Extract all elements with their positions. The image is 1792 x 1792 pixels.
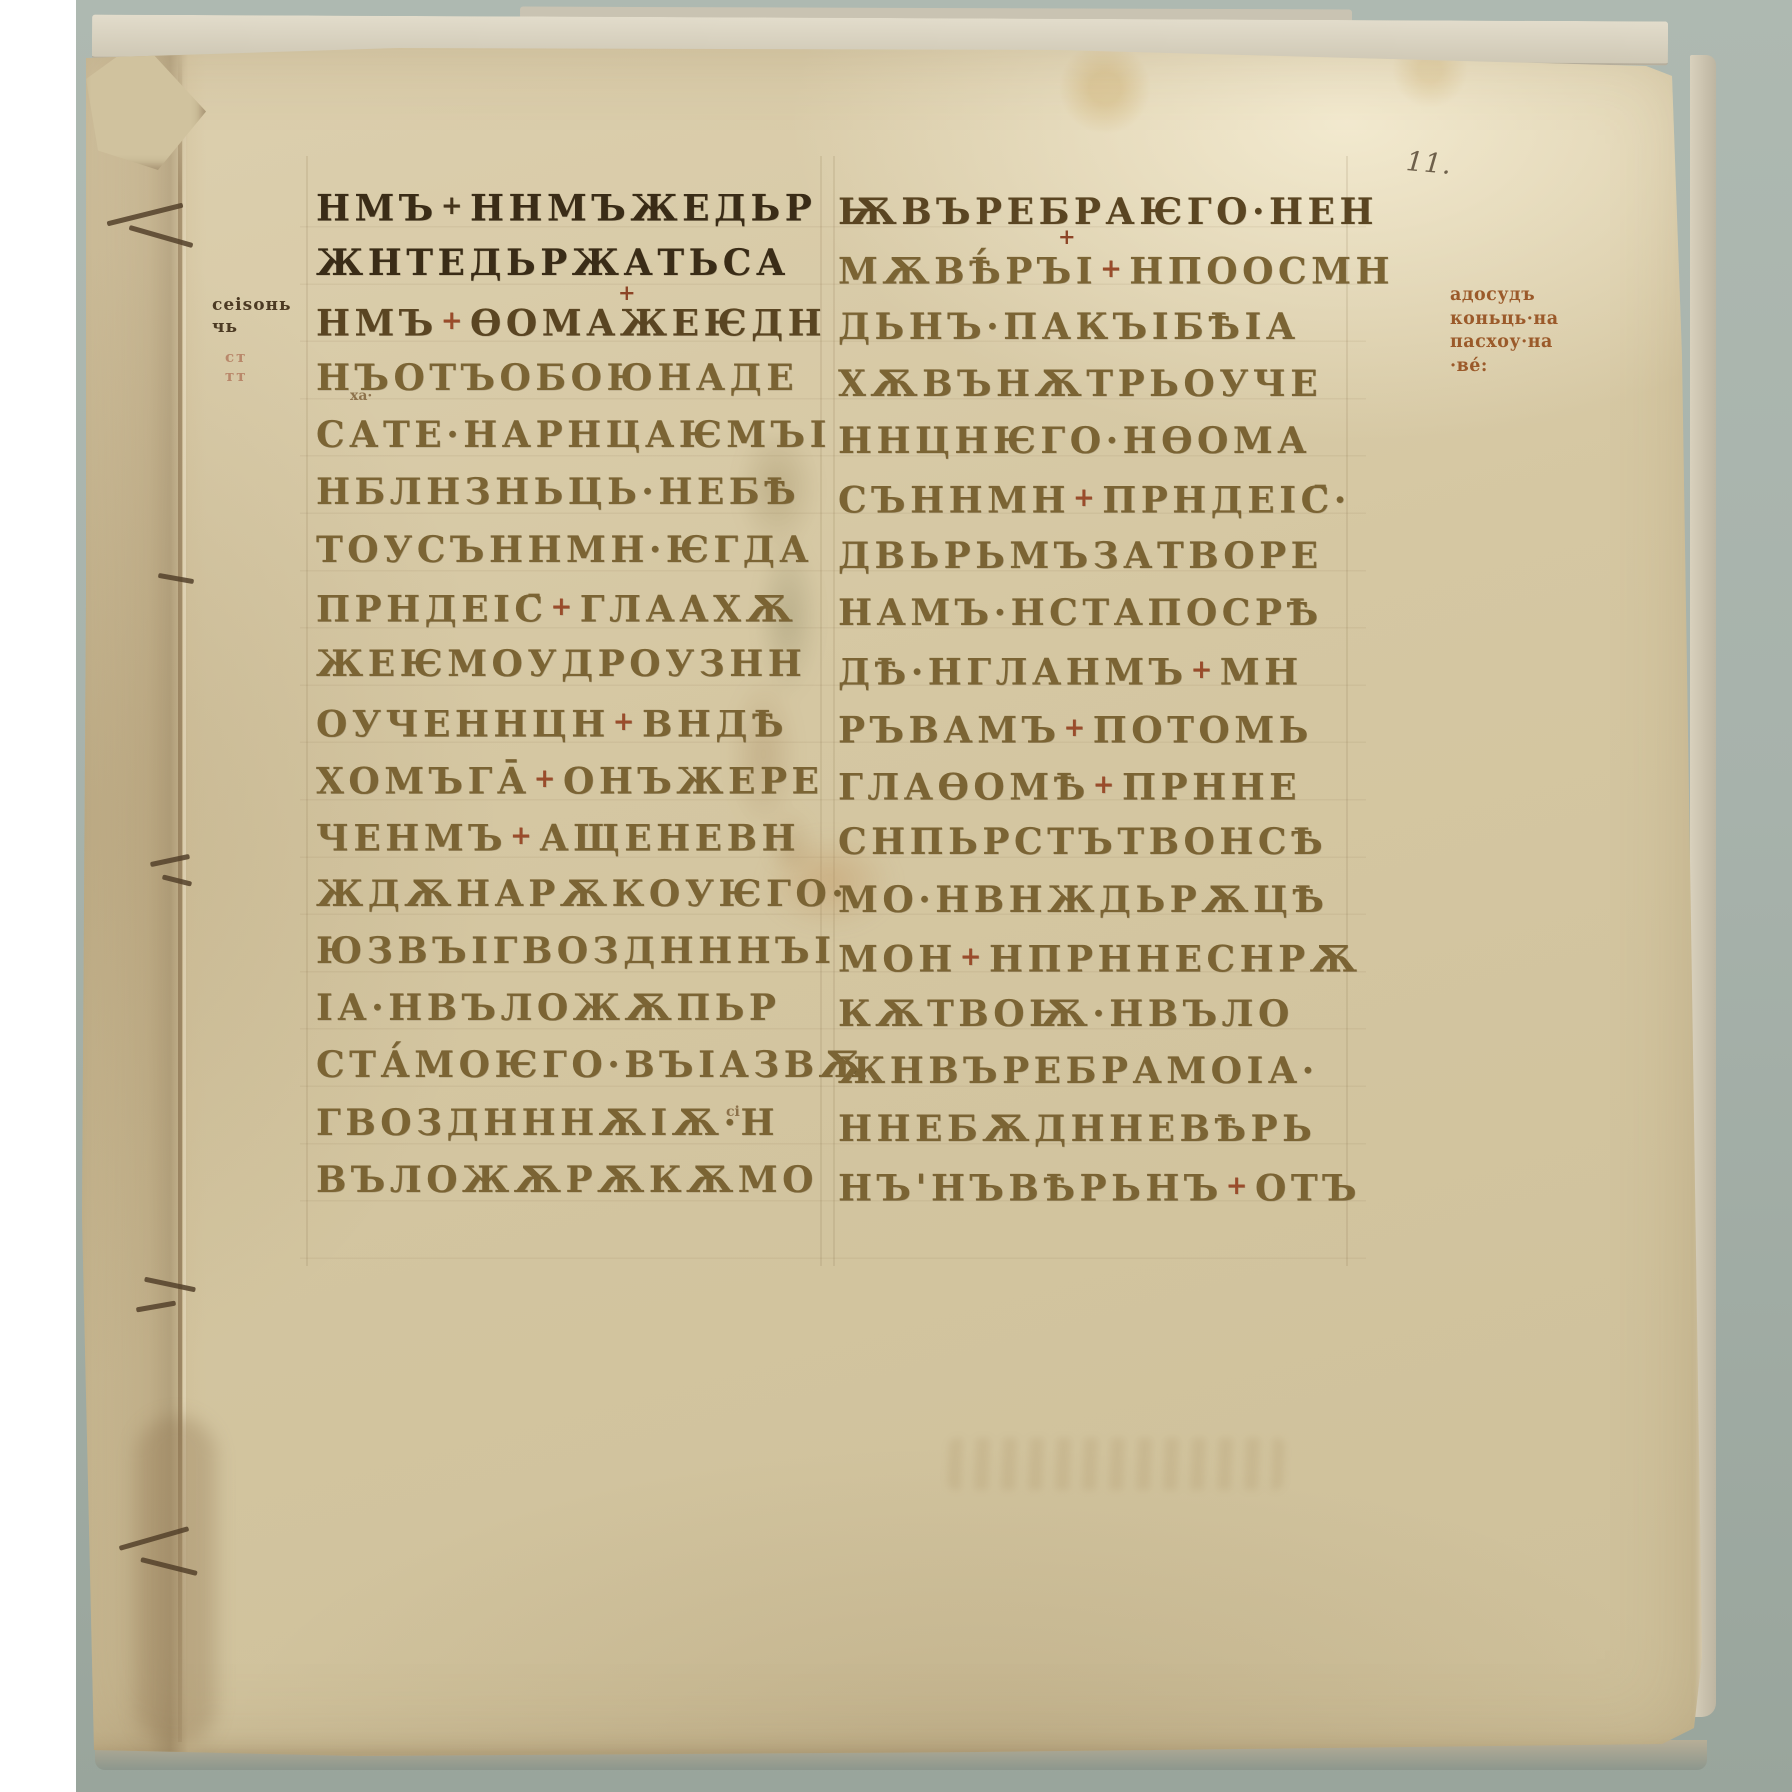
margin-note-line: ст — [225, 348, 248, 367]
inline-cross-icon: + — [1223, 1171, 1255, 1201]
text-line: САТЕ·НАРНЦАѤМЪІ — [316, 409, 870, 466]
margin-note-right-rubric: адосудъконьць·напасхоу·на·ве́: — [1450, 284, 1559, 378]
folio-number: 11. — [1405, 146, 1453, 181]
margin-note-line: тт — [225, 367, 248, 386]
text-line: ІА·НВЪЛОЖѪПЬР — [316, 982, 870, 1039]
text-line: ОУЧЕННЦН+ВНДѢ — [316, 696, 870, 753]
manuscript-photo: 11. + + НМЪ+ННМЪЖЕДЬРЖНТЕДЬРЖАТЬСАНМЪ+ѲО… — [0, 0, 1792, 1792]
ruling-guide — [306, 156, 308, 1266]
margin-note-line: чь — [212, 316, 292, 338]
inline-cross-icon: + — [1061, 713, 1093, 743]
text-line: ГВОЗДНННѪІѪ·Н — [316, 1097, 870, 1154]
margin-note-line: ·ве́: — [1450, 355, 1559, 379]
text-line: ДѢ·НГЛАНМЪ+МН — [838, 644, 1394, 701]
text-line: НМЪ+ѲОМАЖЕѤДН — [316, 295, 870, 352]
text-line: ПРНДЕІС̄+ГЛААХѪ — [316, 581, 870, 638]
text-line: РЪВАМЪ+ПОТОМЬ — [838, 702, 1394, 759]
margin-note-line: коньць·на — [1450, 308, 1559, 332]
text-line: СНПЬРСТЪТВОНСѢ — [838, 816, 1394, 873]
text-line: ѬВЪРЕБРАѤГО·НЕН — [838, 186, 1394, 243]
inline-cross-icon: + — [957, 942, 989, 972]
interlinear-cross-icon: + — [1058, 224, 1076, 249]
text-line: ННЦНѤГО·НѲОМА — [838, 415, 1394, 472]
margin-note-left-faint: сттт — [225, 348, 248, 386]
inline-cross-icon: + — [610, 707, 642, 737]
text-line: КѪТВОѬ·НВЪЛО — [838, 988, 1394, 1045]
text-line: ТОУСЪННМН·ѤГДА — [316, 524, 870, 581]
text-line: ЖНТЕДЬРЖАТЬСА — [316, 237, 870, 294]
text-line: ЖЕѤМОУДРОУЗНН — [316, 638, 870, 695]
margin-note-line: сеіѕонь — [212, 294, 292, 316]
text-line: ХѪВЪНѪТРЬОУЧЕ — [838, 358, 1394, 415]
text-column-right: ѬВЪРЕБРАѤГО·НЕНМѪВѢ́РЪІ+НПООСМНДЬНЪ·ПАКЪ… — [838, 186, 1394, 1217]
text-line: НАМЪ·НСТАПОСРѢ — [838, 587, 1394, 644]
text-line: ВЪЛОЖѪРѪКѪМО — [316, 1154, 870, 1211]
interlinear-cross-icon: + — [618, 280, 636, 305]
margin-note-line: пасхоу·на — [1450, 331, 1559, 355]
margin-note-left: сеіѕоньчь — [212, 294, 292, 338]
inline-cross-icon: + — [1070, 483, 1102, 513]
text-line: ННЕБѪДННЕВѢРЬ — [838, 1103, 1394, 1160]
scan-margin — [0, 0, 76, 1792]
text-line: МѪВѢ́РЪІ+НПООСМН — [838, 243, 1394, 300]
text-line: СЪННМН+ПРНДЕІС̄· — [838, 472, 1394, 529]
text-line: ЧЕНМЪ+АЩЕНЕВН — [316, 810, 870, 867]
text-line: МОН+НПРННЕСНРѪ — [838, 931, 1394, 988]
text-line: ЖДѪНАРѪКОУѤГО· — [316, 868, 870, 925]
text-line: НЪОТЪОБОЮНАДЕ — [316, 352, 870, 409]
margin-note-line: адосудъ — [1450, 284, 1559, 308]
text-column-left: НМЪ+ННМЪЖЕДЬРЖНТЕДЬРЖАТЬСАНМЪ+ѲОМАЖЕѤДНН… — [316, 180, 870, 1211]
text-showthrough — [947, 1438, 1285, 1490]
inline-cross-icon: + — [531, 764, 563, 794]
inline-cross-icon: + — [1090, 770, 1122, 800]
text-line: ЖНВЪРЕБРАМОІА· — [838, 1045, 1394, 1102]
text-line: ХОМЪГА̄+ОНЪЖЕРЕ — [316, 753, 870, 810]
inline-cross-icon: + — [438, 306, 470, 336]
inline-cross-icon: + — [1097, 254, 1129, 284]
inline-cross-icon: + — [507, 821, 539, 851]
text-line: СТА́МОѤГО·ВЪІАЗВѪ — [316, 1039, 870, 1096]
inline-cross-icon: + — [438, 191, 470, 221]
interlinear-mark: сі — [726, 1104, 740, 1120]
text-line: НЪ'НЪВѢРЬНЪ+ОТЪ — [838, 1160, 1394, 1217]
margin-correction-mark: ха· — [350, 388, 372, 404]
text-line: НМЪ+ННМЪЖЕДЬР — [316, 180, 870, 237]
text-line: ДВЬРЬМЪЗАТВОРЕ — [838, 530, 1394, 587]
text-line: ДЬНЪ·ПАКЪІБѢІА — [838, 301, 1394, 358]
inline-cross-icon: + — [548, 592, 580, 622]
manuscript-page: 11. + + НМЪ+ННМЪЖЕДЬРЖНТЕДЬРЖАТЬСАНМЪ+ѲО… — [78, 36, 1704, 1758]
text-line: ЮЗВЪІГВОЗДНННЪІ — [316, 925, 870, 982]
text-line: МО·НВНЖДЬРѪЦѢ — [838, 874, 1394, 931]
text-line: ГЛАѲОМѢ+ПРННЕ — [838, 759, 1394, 816]
gutter-shading — [136, 1416, 216, 1746]
inline-cross-icon: + — [1188, 655, 1220, 685]
text-line: НБЛНЗНЬЦЬ·НЕБѢ — [316, 466, 870, 523]
